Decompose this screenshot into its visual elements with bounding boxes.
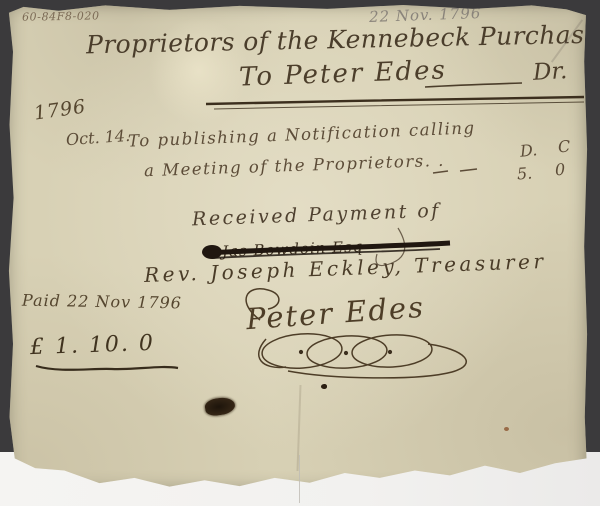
amount-dollars: 5. xyxy=(516,165,532,182)
ink-blot-large xyxy=(204,396,236,417)
signature: Peter Edes xyxy=(245,293,426,334)
received-payment-line: Received Payment of xyxy=(192,202,441,230)
column-header-dollars: D. xyxy=(519,142,538,159)
catalog-number: 60-84F8-020 xyxy=(22,10,100,22)
total-amount: £ 1. 10. 0 xyxy=(30,333,156,359)
entry-description-line2: a Meeting of the Proprietors. . xyxy=(144,153,445,180)
paid-date-line: Paid 22 Nov 1796 xyxy=(22,293,182,312)
receipt-title: Proprietors of the Kennebeck Purchase xyxy=(86,22,600,58)
scanned-receipt: 60-84F8-020 22 Nov. 1796 Proprietors of … xyxy=(0,0,600,506)
rust-speck xyxy=(504,427,509,431)
paper-sheet: 60-84F8-020 22 Nov. 1796 Proprietors of … xyxy=(6,3,590,490)
amount-cents: 0 xyxy=(554,162,565,179)
debtor-abbreviation: Dr. xyxy=(532,60,567,85)
entry-date: Oct. 14. xyxy=(66,128,131,148)
ink-blot-small xyxy=(321,384,327,389)
backing-crease xyxy=(299,455,300,503)
column-header-cents: C xyxy=(557,139,570,156)
debtor-line: To Peter Edes xyxy=(239,57,448,90)
treasurer-line: Rev. Joseph Eckley, Treasurer xyxy=(144,251,547,285)
year-label: 1796 xyxy=(33,97,87,123)
entry-description-line1: To publishing a Notification calling xyxy=(128,120,476,150)
